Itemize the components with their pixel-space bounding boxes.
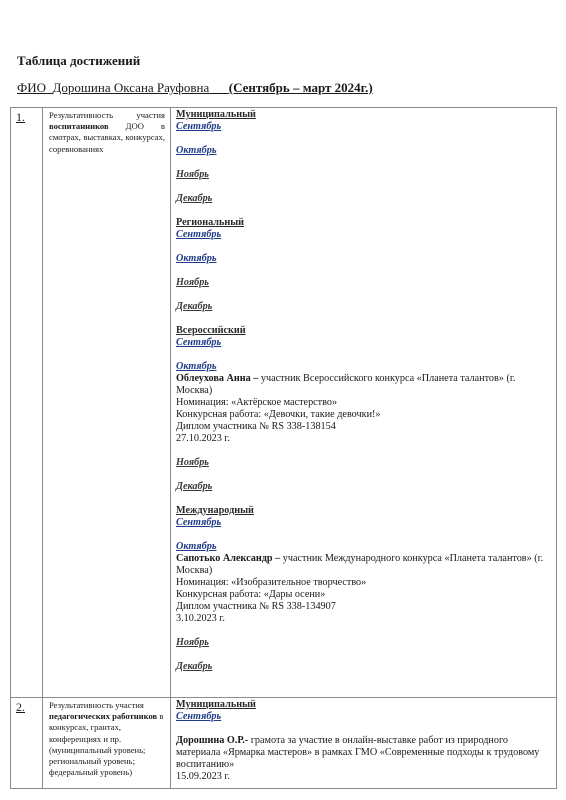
month-link-december[interactable]: Декабрь	[176, 481, 212, 492]
achievement-entry: Облеухова Анна – участник Всероссийского…	[176, 373, 552, 445]
results-cell: Муниципальный Сентябрь Дорошина О.Р.- гр…	[171, 698, 557, 789]
row-number: 1.	[11, 108, 43, 698]
month-link-september[interactable]: Сентябрь	[176, 121, 221, 132]
entry-date: 27.10.2023 г.	[176, 433, 552, 445]
entry-date: 3.10.2023 г.	[176, 613, 552, 625]
month-link-october[interactable]: Октябрь	[176, 541, 217, 552]
month-link-october[interactable]: Октябрь	[176, 145, 217, 156]
criterion-cell: Результативность участия педагогических …	[43, 698, 171, 789]
entry-date: 15.09.2023 г.	[176, 771, 552, 783]
entry-work: Конкурсная работа: «Дары осени»	[176, 589, 552, 601]
level-heading: Международный	[176, 505, 552, 517]
criterion-cell: Результативность участия воспитанников Д…	[43, 108, 171, 698]
month-link-november[interactable]: Ноябрь	[176, 637, 209, 648]
entry-diploma: Диплом участника № RS 338-134907	[176, 601, 552, 613]
table-row: 2. Результативность участия педагогическ…	[11, 698, 557, 789]
achievement-entry: Дорошина О.Р.- грамота за участие в онла…	[176, 735, 552, 783]
month-link-december[interactable]: Декабрь	[176, 193, 212, 204]
level-heading: Всероссийский	[176, 325, 552, 337]
level-heading: Региональный	[176, 217, 552, 229]
month-link-november[interactable]: Ноябрь	[176, 457, 209, 468]
achievement-entry: Сапотько Александр – участник Международ…	[176, 553, 552, 625]
criterion-bold: педагогических работников	[49, 711, 157, 721]
document-title: Таблица достижений	[17, 53, 140, 69]
month-link-september[interactable]: Сентябрь	[176, 517, 221, 528]
month-link-november[interactable]: Ноябрь	[176, 277, 209, 288]
participant-name: Дорошина О.Р.-	[176, 735, 248, 746]
month-link-october[interactable]: Октябрь	[176, 253, 217, 264]
month-link-october[interactable]: Октябрь	[176, 361, 217, 372]
criterion-bold: воспитанников	[49, 121, 109, 131]
participant-name: Сапотько Александр –	[176, 553, 280, 564]
row-number: 2.	[11, 698, 43, 789]
month-link-september[interactable]: Сентябрь	[176, 337, 221, 348]
entry-nomination: Номинация: «Изобразительное творчество»	[176, 577, 552, 589]
month-link-december[interactable]: Декабрь	[176, 661, 212, 672]
criterion-text: Результативность участия	[49, 110, 165, 120]
entry-diploma: Диплом участника № RS 338-138154	[176, 421, 552, 433]
entry-work: Конкурсная работа: «Девочки, такие девоч…	[176, 409, 552, 421]
fio-label: ФИО	[17, 80, 46, 95]
participant-name: Облеухова Анна –	[176, 373, 258, 384]
fio-line: ФИО Дорошина Оксана Рауфовна (Сентябрь –…	[17, 80, 373, 96]
table-row: 1. Результативность участия воспитаннико…	[11, 108, 557, 698]
achievements-table: 1. Результативность участия воспитаннико…	[10, 107, 557, 789]
fio-name: Дорошина Оксана Рауфовна	[53, 80, 210, 95]
month-link-november[interactable]: Ноябрь	[176, 169, 209, 180]
criterion-text: Результативность участия	[49, 700, 144, 710]
results-cell: Муниципальный Сентябрь Октябрь Ноябрь Де…	[171, 108, 557, 698]
month-link-september[interactable]: Сентябрь	[176, 229, 221, 240]
month-link-september[interactable]: Сентябрь	[176, 711, 221, 722]
level-heading: Муниципальный	[176, 109, 552, 121]
level-heading: Муниципальный	[176, 699, 552, 711]
report-period: (Сентябрь – март 2024г.)	[229, 80, 373, 95]
entry-nomination: Номинация: «Актёрское мастерство»	[176, 397, 552, 409]
month-link-december[interactable]: Декабрь	[176, 301, 212, 312]
